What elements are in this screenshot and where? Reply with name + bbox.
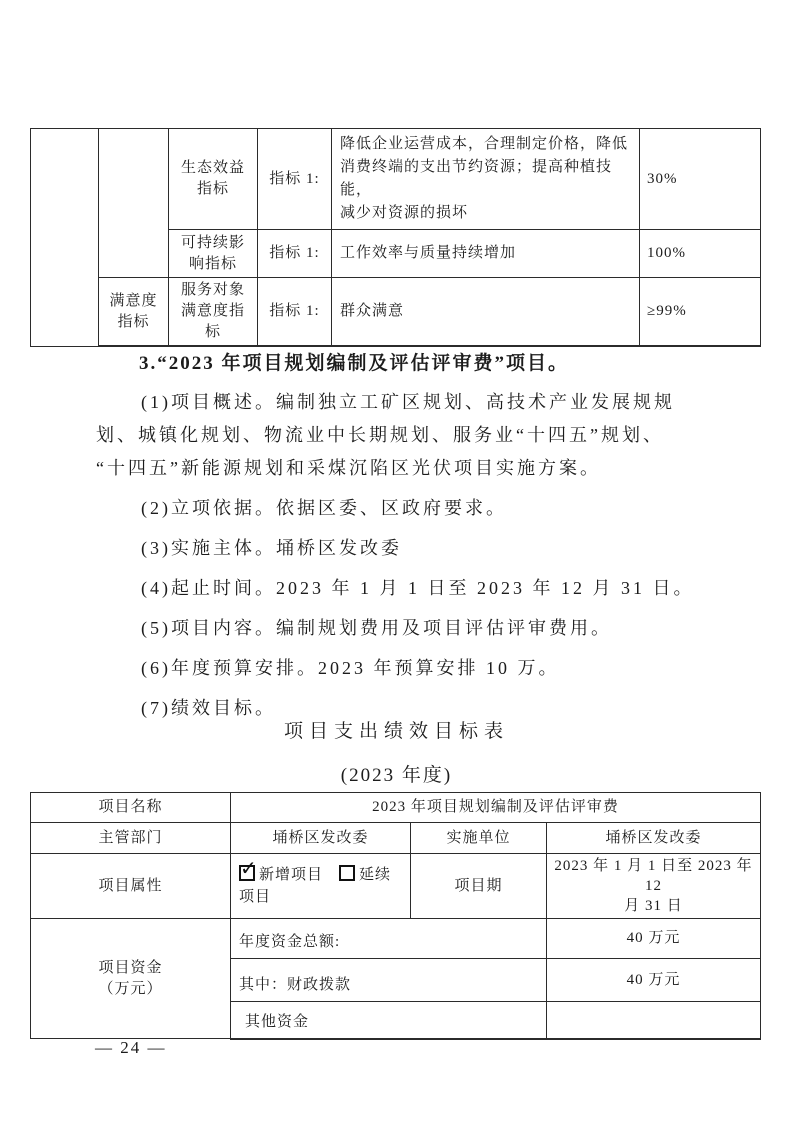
project-period-value: 2023 年 1 月 1 日至 2023 年 12 月 31 日 bbox=[547, 854, 761, 919]
project-period-label: 项目期 bbox=[411, 854, 547, 919]
department-label: 主管部门 bbox=[31, 823, 231, 854]
indicator-description: 群众满意 bbox=[332, 278, 640, 347]
indicator-category-cell-empty bbox=[99, 129, 169, 278]
indicator-table: 生态效益 指标 指标 1: 降低企业运营成本，合理制定价格，降低 消费终端的支出… bbox=[30, 128, 761, 347]
page-number: — 24 — bbox=[95, 1038, 167, 1058]
project-attribute-cell: 新增项目延续项目 bbox=[231, 854, 411, 919]
goal-table: 项目名称 2023 年项目规划编制及评估评审费 主管部门 埇桥区发改委 实施单位… bbox=[30, 792, 761, 1040]
indicator-target-value: 100% bbox=[640, 230, 761, 278]
indicator-index-label: 指标 1: bbox=[258, 230, 332, 278]
fiscal-allocation-label: 其中：财政拨款 bbox=[231, 959, 547, 1002]
implementing-unit-value: 埇桥区发改委 bbox=[547, 823, 761, 854]
document-page: 生态效益 指标 指标 1: 降低企业运营成本，合理制定价格，降低 消费终端的支出… bbox=[0, 0, 793, 1122]
paragraph-project-content: (5)项目内容。编制规划费用及项目评估评审费用。 bbox=[96, 612, 710, 645]
new-project-option: 新增项目 bbox=[239, 867, 323, 883]
table-row: 项目资金 （万元） 年度资金总额: 40 万元 bbox=[31, 919, 761, 959]
indicator-index-label: 指标 1: bbox=[258, 278, 332, 347]
paragraph-project-overview: (1)项目概述。编制独立工矿区规划、高技术产业发展规规 划、城镇化规划、物流业中… bbox=[96, 386, 710, 485]
department-value: 埇桥区发改委 bbox=[231, 823, 411, 854]
project-funds-label: 项目资金 （万元） bbox=[31, 919, 231, 1039]
other-funds-value bbox=[547, 1002, 761, 1039]
section-heading: 3.“2023 年项目规划编制及评估评审费”项目。 bbox=[96, 348, 708, 375]
indicator-target-value: ≥99% bbox=[640, 278, 761, 347]
fiscal-allocation-value: 40 万元 bbox=[547, 959, 761, 1002]
table-row: 项目名称 2023 年项目规划编制及评估评审费 bbox=[31, 793, 761, 823]
indicator-name: 生态效益 指标 bbox=[169, 129, 258, 230]
paragraph-implementing-body: (3)实施主体。埇桥区发改委 bbox=[96, 532, 710, 565]
annual-funds-total-value: 40 万元 bbox=[547, 919, 761, 959]
project-attribute-label: 项目属性 bbox=[31, 854, 231, 919]
indicator-description: 降低企业运营成本，合理制定价格，降低 消费终端的支出节约资源；提高种植技能， 减… bbox=[332, 129, 640, 230]
indicator-target-value: 30% bbox=[640, 129, 761, 230]
goal-table-title: 项目支出绩效目标表 bbox=[0, 716, 793, 743]
other-funds-label: 其他资金 bbox=[231, 1002, 547, 1039]
new-project-label: 新增项目 bbox=[259, 867, 323, 883]
paragraph-time-span: (4)起止时间。2023 年 1 月 1 日至 2023 年 12 月 31 日… bbox=[96, 572, 710, 605]
checkbox-unchecked-icon bbox=[339, 865, 355, 881]
indicator-description: 工作效率与质量持续增加 bbox=[332, 230, 640, 278]
indicator-name: 可持续影 响指标 bbox=[169, 230, 258, 278]
paragraph-annual-budget: (6)年度预算安排。2023 年预算安排 10 万。 bbox=[96, 652, 710, 685]
checkbox-checked-icon bbox=[239, 865, 255, 881]
paragraph-approval-basis: (2)立项依据。依据区委、区政府要求。 bbox=[96, 492, 710, 525]
section-body: (1)项目概述。编制独立工矿区规划、高技术产业发展规规 划、城镇化规划、物流业中… bbox=[96, 386, 710, 732]
table-row: 主管部门 埇桥区发改委 实施单位 埇桥区发改委 bbox=[31, 823, 761, 854]
project-name-label: 项目名称 bbox=[31, 793, 231, 823]
indicator-index-label: 指标 1: bbox=[258, 129, 332, 230]
goal-table-subtitle: (2023 年度) bbox=[0, 760, 793, 787]
indicator-category: 满意度 指标 bbox=[99, 278, 169, 347]
implementing-unit-label: 实施单位 bbox=[411, 823, 547, 854]
table-row: 生态效益 指标 指标 1: 降低企业运营成本，合理制定价格，降低 消费终端的支出… bbox=[31, 129, 761, 230]
annual-funds-total-label: 年度资金总额: bbox=[231, 919, 547, 959]
project-name-value: 2023 年项目规划编制及评估评审费 bbox=[231, 793, 761, 823]
table-row: 满意度 指标 服务对象 满意度指 标 指标 1: 群众满意 ≥99% bbox=[31, 278, 761, 347]
indicator-group-cell-empty bbox=[31, 129, 99, 347]
indicator-name: 服务对象 满意度指 标 bbox=[169, 278, 258, 347]
table-row: 项目属性 新增项目延续项目 项目期 2023 年 1 月 1 日至 2023 年… bbox=[31, 854, 761, 919]
